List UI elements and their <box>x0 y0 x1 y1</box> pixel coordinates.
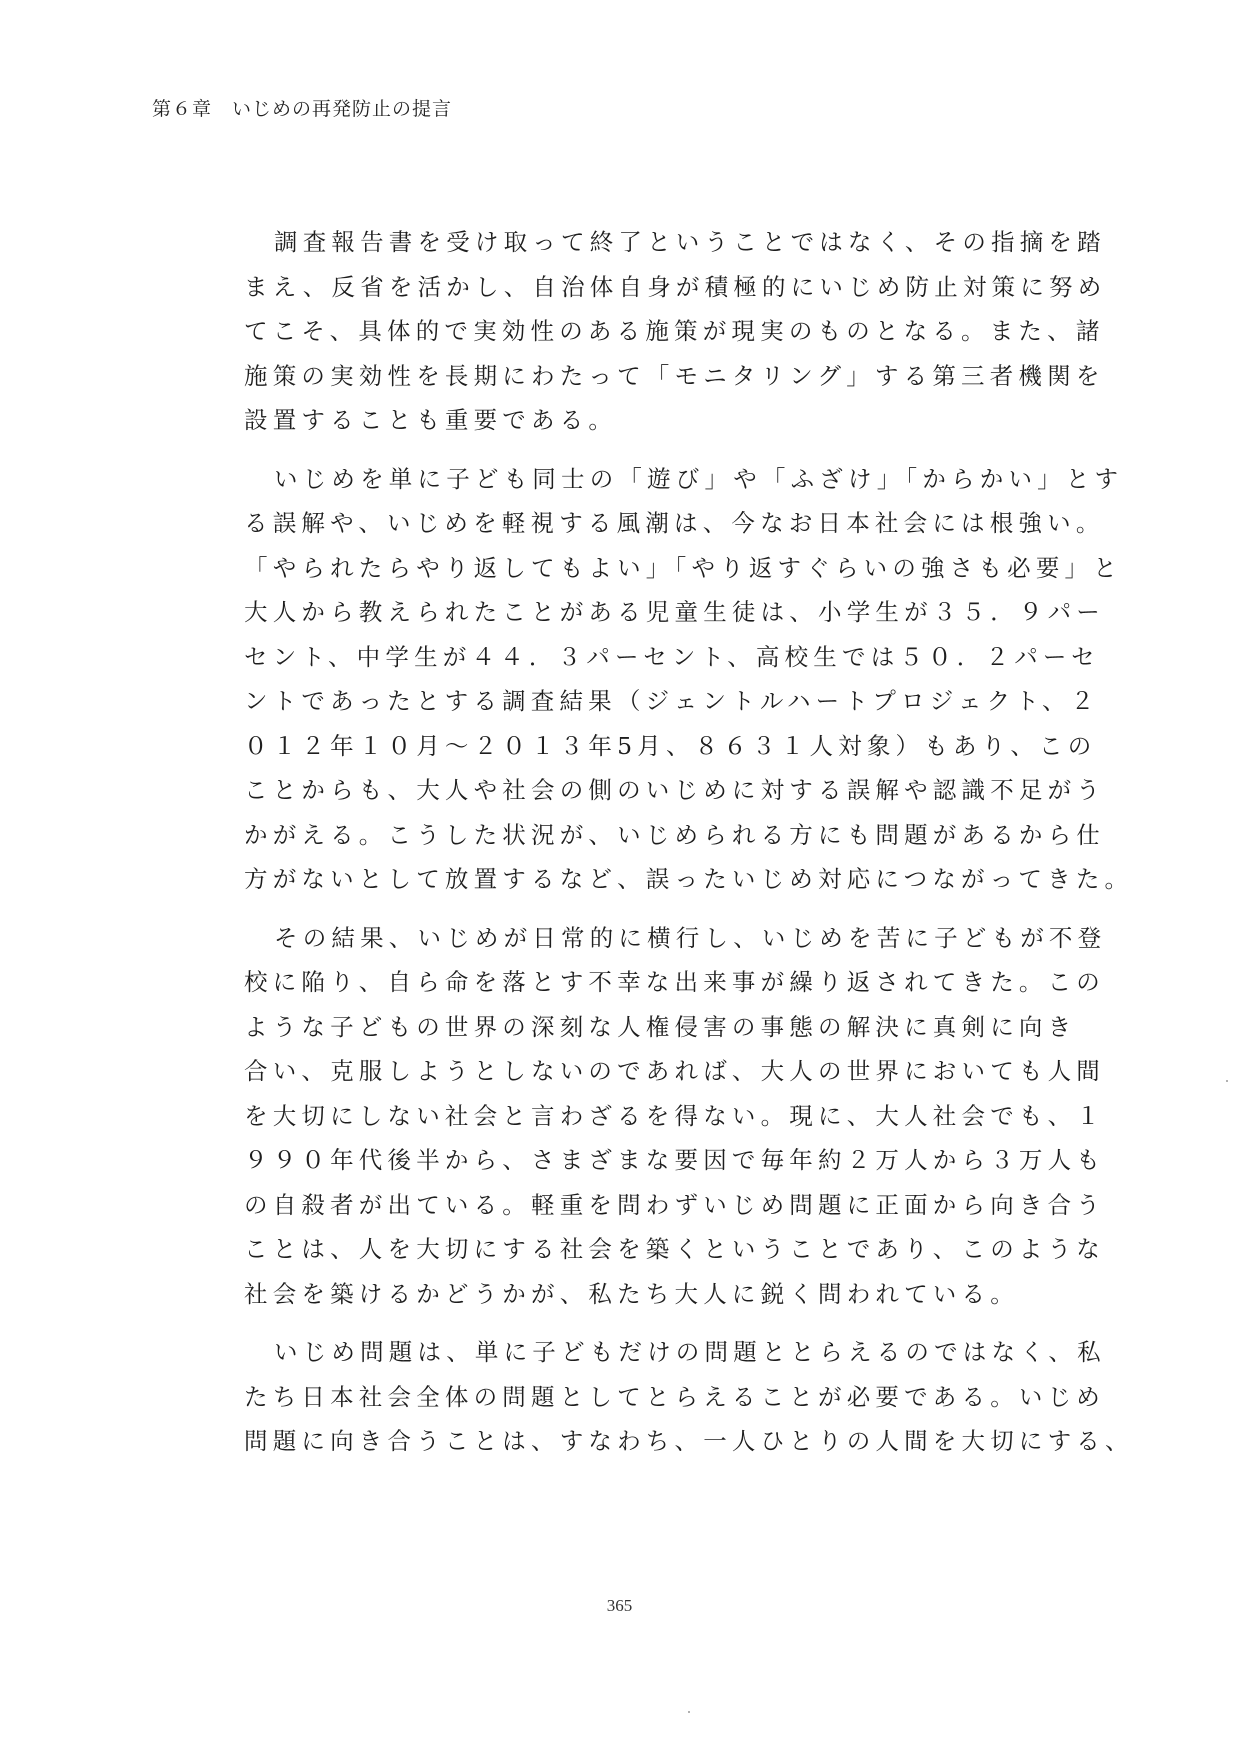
text-line: ことは、人を大切にする社会を築くということであり、このような <box>244 1227 1054 1272</box>
text-line: ことからも、大人や社会の側のいじめに対する誤解や認識不足がう <box>244 768 1054 813</box>
text-line: 方がないとして放置するなど、誤ったいじめ対応につながってきた。 <box>244 857 1054 902</box>
paragraph-2: いじめを単に子ども同士の「遊び」や「ふざけ」「からかい」とす る誤解や、いじめを… <box>244 457 1054 902</box>
text-line: 調査報告書を受け取って終了ということではなく、その指摘を踏 <box>244 220 1054 265</box>
text-line: 大人から教えられたことがある児童生徒は、小学生が３５．９パー <box>244 590 1054 635</box>
page-number: 365 <box>0 1596 1239 1616</box>
text-line: 校に陥り、自ら命を落とす不幸な出来事が繰り返されてきた。この <box>244 960 1054 1005</box>
text-line: 「やられたらやり返してもよい」「やり返すぐらいの強さも必要」と <box>244 546 1054 591</box>
text-line: る誤解や、いじめを軽視する風潮は、今なお日本社会には根強い。 <box>244 501 1054 546</box>
text-line: 施策の実効性を長期にわたって「モニタリング」する第三者機関を <box>244 354 1054 399</box>
paragraph-4: いじめ問題は、単に子どもだけの問題ととらえるのではなく、私 たち日本社会全体の問… <box>244 1330 1054 1464</box>
text-line: ０１２年１０月～２０１３年5月、８６３１人対象）もあり、この <box>244 724 1054 769</box>
text-line: まえ、反省を活かし、自治体自身が積極的にいじめ防止対策に努め <box>244 265 1054 310</box>
text-line: ９９０年代後半から、さまざまな要因で毎年約２万人から３万人も <box>244 1138 1054 1183</box>
body-text: 調査報告書を受け取って終了ということではなく、その指摘を踏 まえ、反省を活かし、… <box>244 220 1054 1478</box>
text-line: セント、中学生が４４．３パーセント、高校生では５０．２パーセ <box>244 635 1054 680</box>
text-line: かがえる。こうした状況が、いじめられる方にも問題があるから仕 <box>244 813 1054 858</box>
text-line: いじめ問題は、単に子どもだけの問題ととらえるのではなく、私 <box>244 1330 1054 1375</box>
text-line: 社会を築けるかどうかが、私たち大人に鋭く問われている。 <box>244 1272 1054 1317</box>
scan-artifact <box>1226 1080 1228 1082</box>
scan-artifact <box>688 1711 690 1713</box>
text-line: 問題に向き合うことは、すなわち、一人ひとりの人間を大切にする、 <box>244 1419 1054 1464</box>
text-line: 設置することも重要である。 <box>244 398 1054 443</box>
text-line: の自殺者が出ている。軽重を問わずいじめ問題に正面から向き合う <box>244 1183 1054 1228</box>
text-line: てこそ、具体的で実効性のある施策が現実のものとなる。また、諸 <box>244 309 1054 354</box>
text-line: 合い、克服しようとしないのであれば、大人の世界においても人間 <box>244 1049 1054 1094</box>
text-line: いじめを単に子ども同士の「遊び」や「ふざけ」「からかい」とす <box>244 457 1054 502</box>
text-line: ントであったとする調査結果（ジェントルハートプロジェクト、２ <box>244 679 1054 724</box>
text-line: たち日本社会全体の問題としてとらえることが必要である。いじめ <box>244 1375 1054 1420</box>
paragraph-3: その結果、いじめが日常的に横行し、いじめを苦に子どもが不登 校に陥り、自ら命を落… <box>244 916 1054 1317</box>
text-line: ような子どもの世界の深刻な人権侵害の事態の解決に真剣に向き <box>244 1005 1054 1050</box>
running-header: 第６章 いじめの再発防止の提言 <box>152 94 452 121</box>
text-line: その結果、いじめが日常的に横行し、いじめを苦に子どもが不登 <box>244 916 1054 961</box>
paragraph-1: 調査報告書を受け取って終了ということではなく、その指摘を踏 まえ、反省を活かし、… <box>244 220 1054 443</box>
text-line: を大切にしない社会と言わざるを得ない。現に、大人社会でも、１ <box>244 1094 1054 1139</box>
